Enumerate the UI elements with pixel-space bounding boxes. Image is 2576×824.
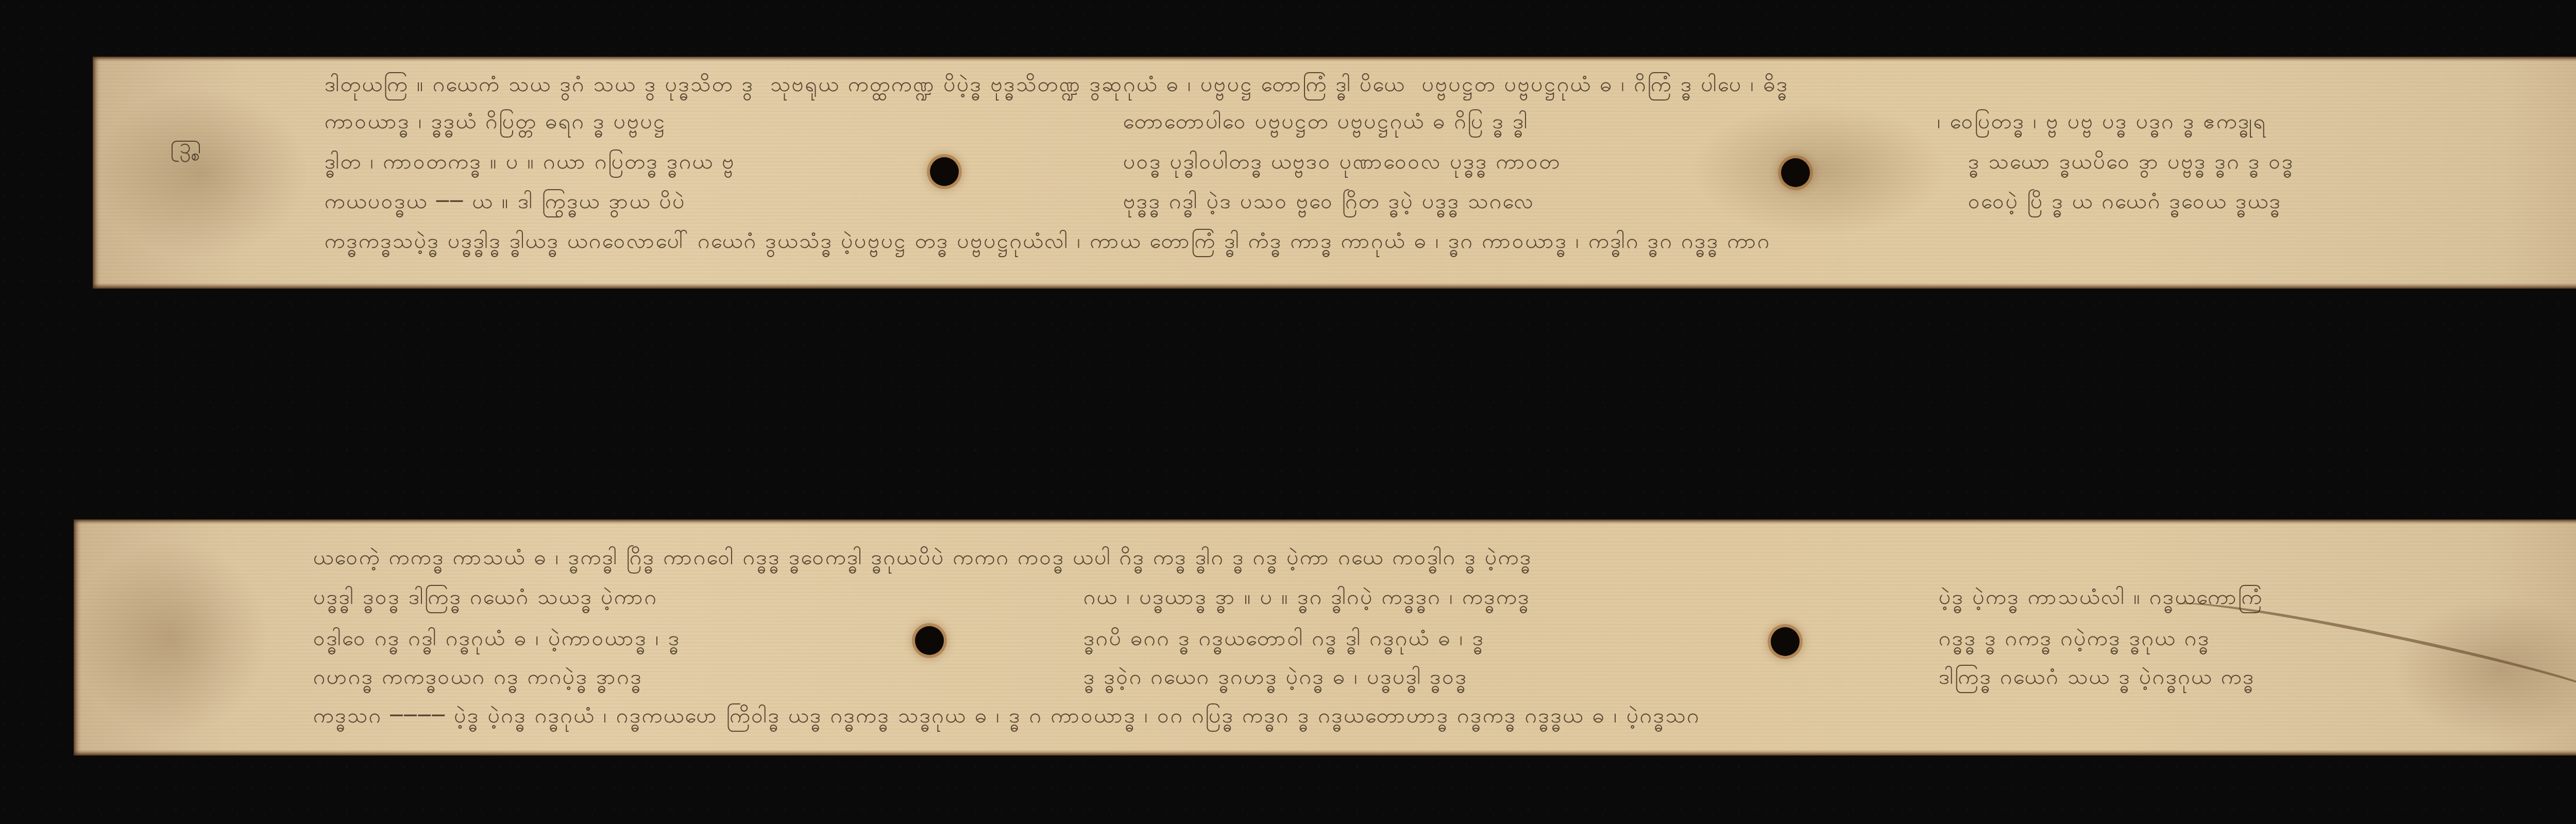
- leaf-number: ကြီ: [173, 139, 203, 163]
- text-row-4-left: ဂဟဂဒ္ဓ ကကဒ္ဓဝယဂ ဂဒ္ဓ ကဂပဲ့ဒ္ဓ ဒ္ဓာဂဒ္ဓ: [313, 664, 642, 694]
- string-hole: [1781, 158, 1810, 187]
- palm-leaf-top: ကြီ ဒါတုယကြ ။ ဂယေကံ သယ ဒွဂံ သယ ဒွ ပုဒ္ဓသ…: [93, 57, 2576, 289]
- water-stain: [74, 540, 269, 736]
- text-row-3-right: ဒ္ဓ သယော ဒ္ဓယပိဝေ ဒွာ ပဗ္ဗဒ္ဓ ဒ္ဓဂ ဒ္ဓ ဝ…: [1968, 148, 2294, 179]
- water-stain: [93, 88, 309, 258]
- text-row-1: ယဝေကဲ့ ကကဒ္ဓ ကာသယံ ဓ ၊ ဒ္ဓကဒ္ဓါ ဂြိဒ္ဓ က…: [313, 544, 1532, 575]
- text-row-4-right: ဝဝေပဲ့ ပြိ ဒ္ဓ ယ ဂယေဂံ ဒ္ဓဝေယ ဒ္ဓယဒ္ဓ: [1968, 188, 2282, 218]
- string-hole: [915, 626, 944, 655]
- string-hole: [930, 157, 959, 186]
- text-row-4-left: ကယပဝဒ္ဓယ ── ယ ။ ဒါ ကြွဒ္ဓယ ဒွာယ ပိပဲ: [325, 188, 686, 218]
- text-row-3-right: ဂဒ္ဓဒ္ဓ ဒ္ဓ ဂကဒ္ဓ ဂပဲ့ကဒ္ဓ ဒ္ဓဂုယ ဂဒ္ဓ: [1939, 625, 2210, 655]
- text-row-3-left: ဒ္ဓါတ ၊ ကာဝတကဒ္ဓ ။ ပ ။ ဂယာ ဂပြတဒ္ဓ ဒ္ဓဂယ…: [325, 148, 735, 179]
- text-row-5: ကဒ္ဓကဒ္ဓသပဲ့ဒ္ဓ ပဒ္ဓဒ္ဓါဒ္ဓ ဒ္ဓါယဒ္ဓ ယဂဝ…: [325, 228, 1771, 258]
- text-row-1: ဒါတုယကြ ။ ဂယေကံ သယ ဒွဂံ သယ ဒွ ပုဒ္ဓသိတ ဒ…: [325, 71, 1789, 102]
- text-row-3-mid: ပဝဒ္ဓ ပုဒ္ဓါဝပါတဒ္ဓ ယဗ္ဗဒဝ ပုဏာဝေဝလ ပုဒ္…: [1123, 148, 1561, 179]
- text-row-5: ကဒ္ဓသဂ ──── ပဲ့ဒ္ဓ ပဲ့ဂဒ္ဓ ဂဒ္ဓဂုယံ ၊ ဂဒ…: [313, 702, 1700, 733]
- string-hole: [1771, 627, 1800, 656]
- text-row-3-left: ဝဒ္ဓါဝေ ဂဒ္ဓ ဂဒ္ဓါ ဂဒ္ဓဂုယံ ဓ ၊ ပဲ့ကာဝယာ…: [313, 625, 681, 655]
- text-row-3-mid: ဒ္ဓဂပိ ဓဂဂ ဒ္ဓ ဂဒ္ဓယတောဝါ ဂဒ္ဓ ဒ္ဓါ ဂဒ္ဓ…: [1083, 625, 1485, 655]
- text-row-2-mid: တောတောပါဝေ ပဗ္ဗပဋ္ဌတ ပဗ္ဗပဋ္ဌဂုယံ ဓ ဂိပြ…: [1123, 108, 1529, 139]
- text-row-2-left: ကာဝယာဒ္ဓ ၊ ဒ္ဓဒ္ဓယံ ဂိပြတ္တ ဓရဂ ဒ္ဓ ပဗ္ဗ…: [325, 108, 666, 139]
- text-row-2-left: ပဒ္ဓဒ္ဓါ ဒ္ဓဝဒ္ဓ ဒါကြဒ္ဓ ဂယေဂံ သယဒ္ဓ ပဲ့…: [313, 584, 658, 614]
- text-row-4-mid: ဗုဒ္ဓဒ္ဓ ဂဒ္ဓါ ပဲ့ဒ ပသဝ ဗ္ဗဝေ ဂြိတ ဒ္ဓပဲ…: [1123, 188, 1535, 218]
- palm-leaf-bottom: ယဝေကဲ့ ကကဒ္ဓ ကာသယံ ဓ ၊ ဒ္ဓကဒ္ဓါ ဂြိဒ္ဓ က…: [74, 519, 2576, 755]
- text-row-2-mid: ဂယ ၊ ပဒ္ဓယာဒ္ဓ ဒ္ဓာ ။ ပ ။ ဒ္ဓဂ ဒ္ဓါဂပဲ့ …: [1083, 584, 1530, 614]
- text-row-4-mid: ဒ္ဓ ဒ္ဓဝဲ့ဂ ဂယေဂ ဒ္ဓဂဟဒ္ဓ ပဲ့ဂဒ္ဓ ဓ ၊ ပဒ…: [1083, 664, 1468, 694]
- text-row-4-right: ဒါကြဒ္ဓ ဂယေဂံ သယ ဒ္ဓ ပဲ့ဂဒ္ဓဂုယ ကဒ္ဓ: [1939, 664, 2255, 694]
- text-row-2-right: ပဲ့ဒ္ဓ ပဲ့ကဒ္ဓ ကာသယံလါ ။ ဂဒ္ဓယကောကြံ: [1939, 584, 2263, 614]
- water-stain: [1690, 103, 1947, 237]
- text-row-2-right: ၊ ဝေပြတဒ္ဓ ၊ ဗ္ဗ ပဗ္ဗ ပဒ္ဓ ပဒ္ဓဂ ဒ္ဓ ဧကဒ…: [1937, 108, 2267, 139]
